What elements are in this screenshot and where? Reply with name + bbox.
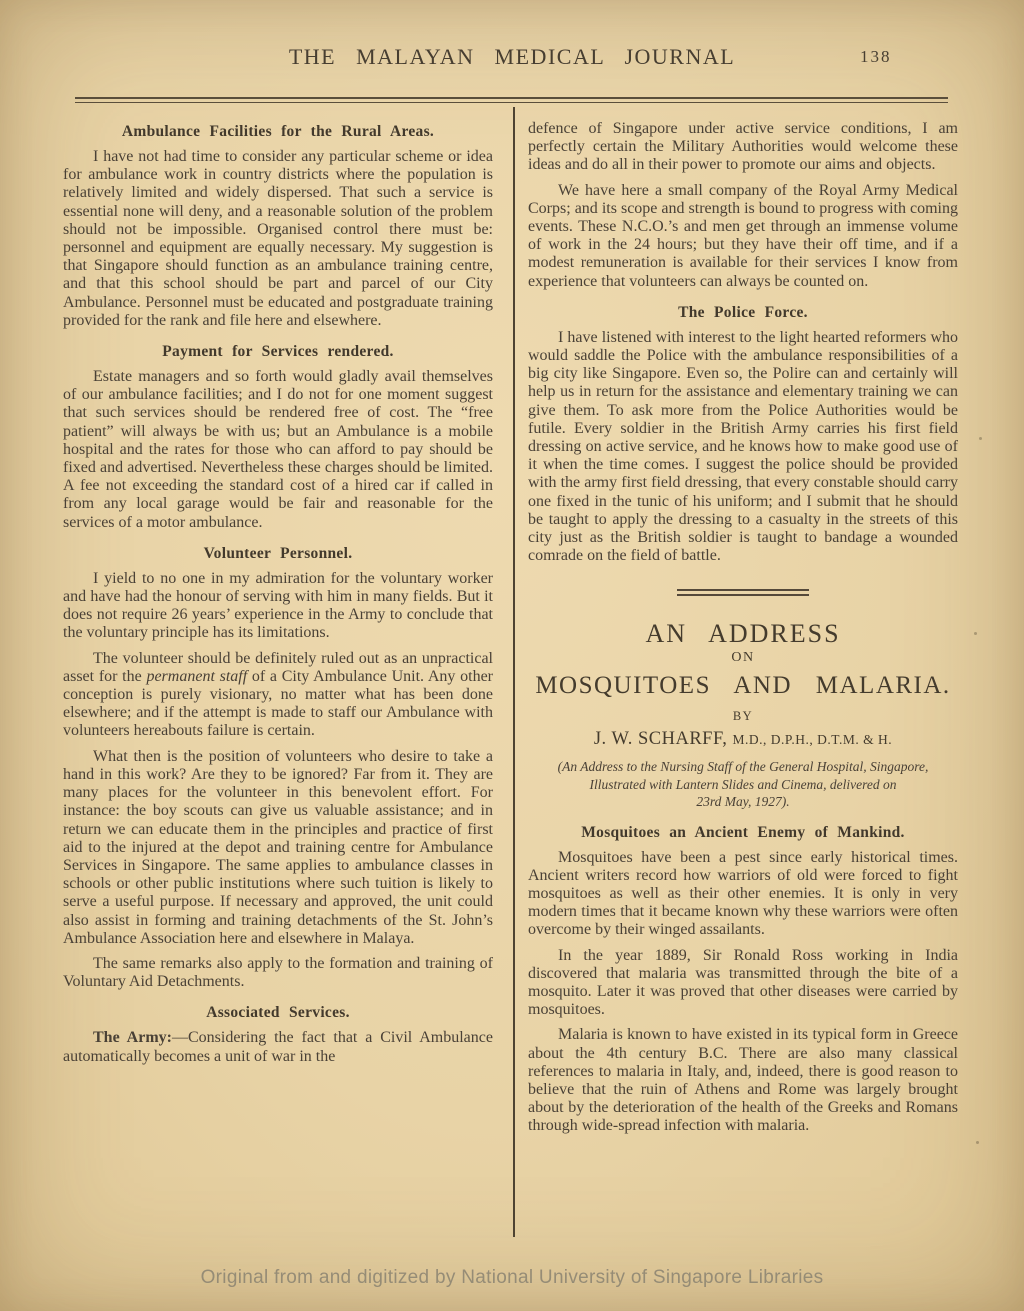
paragraph: In the year 1889, Sir Ronald Ross workin…	[528, 947, 958, 1020]
column-divider-rule	[513, 107, 515, 1237]
paragraph: The Army:—Considering the fact that a Ci…	[63, 1029, 493, 1065]
address-note-line1: (An Address to the Nursing Staff of the …	[528, 758, 958, 776]
paragraph: We have here a small company of the Roya…	[528, 182, 958, 291]
scan-speck	[974, 632, 977, 635]
address-note-line2: Illustrated with Lantern Slides and Cine…	[528, 776, 958, 794]
paragraph: The same remarks also apply to the forma…	[63, 955, 493, 991]
paragraph: I have listened with interest to the lig…	[528, 329, 958, 566]
page-number: 138	[860, 47, 892, 67]
address-title-on: ON	[528, 649, 958, 667]
scan-speck	[976, 1141, 979, 1144]
heading-payment-for-services: Payment for Services rendered.	[63, 342, 493, 361]
digitization-watermark: Original from and digitized by National …	[0, 1267, 1024, 1289]
italic-phrase: permanent staff	[146, 668, 247, 685]
bold-lead: The Army:	[93, 1029, 172, 1046]
scanned-journal-page: THE MALAYAN MEDICAL JOURNAL 138 Ambulanc…	[0, 0, 1024, 1311]
header-double-rule	[75, 97, 948, 103]
paragraph: Mosquitoes have been a pest since early …	[528, 849, 958, 940]
heading-associated-services: Associated Services.	[63, 1003, 493, 1022]
address-note-line3: 23rd May, 1927).	[528, 793, 958, 811]
address-by-label: BY	[528, 707, 958, 725]
heading-ambulance-facilities: Ambulance Facilities for the Rural Areas…	[63, 122, 493, 141]
paragraph: Estate managers and so forth would gladl…	[63, 368, 493, 532]
heading-volunteer-personnel: Volunteer Personnel.	[63, 544, 493, 563]
paragraph: Malaria is known to have existed in its …	[528, 1026, 958, 1135]
scan-speck	[979, 437, 982, 440]
paragraph: What then is the position of volunteers …	[63, 748, 493, 948]
address-title-line1: AN ADDRESS	[528, 620, 958, 648]
paragraph: The volunteer should be definitely ruled…	[63, 650, 493, 741]
address-title-line2: MOSQUITOES AND MALARIA.	[528, 672, 958, 700]
paragraph: I yield to no one in my admiration for t…	[63, 570, 493, 643]
article-divider-rule	[677, 589, 809, 596]
heading-mosquitoes-ancient-enemy: Mosquitoes an Ancient Enemy of Mankind.	[528, 823, 958, 842]
address-author: J. W. SCHARFF, M.D., D.P.H., D.T.M. & H.	[528, 730, 958, 749]
paragraph: defence of Singapore under active servic…	[528, 120, 958, 175]
author-name: J. W. SCHARFF,	[594, 729, 728, 749]
right-column: defence of Singapore under active servic…	[528, 120, 958, 1143]
heading-police-force: The Police Force.	[528, 303, 958, 322]
author-degrees: M.D., D.P.H., D.T.M. & H.	[733, 732, 893, 747]
left-column: Ambulance Facilities for the Rural Areas…	[63, 120, 493, 1073]
paragraph: I have not had time to consider any part…	[63, 148, 493, 330]
address-note: (An Address to the Nursing Staff of the …	[528, 758, 958, 811]
